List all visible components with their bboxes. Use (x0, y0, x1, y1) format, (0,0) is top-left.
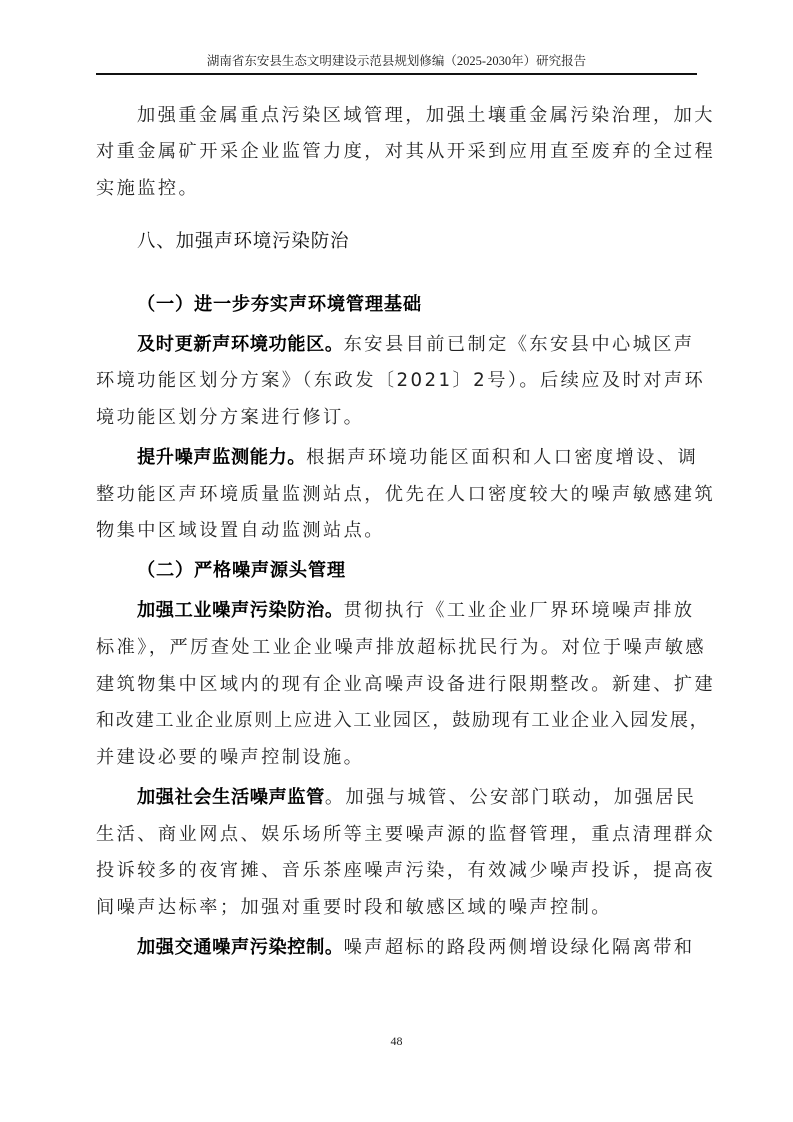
paragraph-lead: 提升噪声监测能力。 (137, 447, 306, 468)
paragraph-text: 噪声超标的路段两侧增设绿化隔离带和 (344, 937, 695, 958)
section-heading: 八、加强声环境污染防治 (137, 230, 701, 254)
paragraph-line: 和改建工业企业原则上应进入工业园区，鼓励现有工业企业入园发展， (96, 709, 701, 733)
paragraph-line: 生活、商业网点、娱乐场所等主要噪声源的监督管理，重点清理群众 (96, 823, 701, 847)
paragraph-text: 根据声环境功能区面积和人口密度增设、调 (306, 447, 698, 468)
paragraph-line: 加强交通噪声污染控制。噪声超标的路段两侧增设绿化隔离带和 (137, 936, 701, 960)
paragraph-line: 及时更新声环境功能区。东安县目前已制定《东安县中心城区声 (137, 333, 701, 357)
paragraph-lead: 加强交通噪声污染控制。 (137, 937, 344, 958)
paragraph-text: 贯彻执行《工业企业厂界环境噪声排放 (344, 600, 695, 621)
running-header: 湖南省东安县生态文明建设示范县规划修编（2025-2030年）研究报告 (96, 53, 697, 69)
paragraph-lead: 及时更新声环境功能区。 (137, 334, 344, 355)
paragraph-line: 加强社会生活噪声监管。加强与城管、公安部门联动，加强居民 (137, 786, 701, 810)
subsection-heading: （一）进一步夯实声环境管理基础 (137, 293, 701, 317)
paragraph-line: 提升噪声监测能力。根据声环境功能区面积和人口密度增设、调 (137, 446, 701, 470)
paragraph-lead: 加强社会生活噪声监管 (137, 787, 325, 808)
subsection-heading: （二）严格噪声源头管理 (137, 559, 701, 583)
paragraph-line: 间噪声达标率；加强对重要时段和敏感区域的噪声控制。 (96, 896, 701, 920)
paragraph-line: 建筑物集中区域内的现有企业高噪声设备进行限期整改。新建、扩建 (96, 673, 701, 697)
paragraph-line: 环境功能区划分方案》（东政发〔2021〕2号）。后续应及时对声环 (96, 369, 701, 393)
header-rule (96, 73, 697, 75)
paragraph-lead: 加强工业噪声污染防治。 (137, 600, 344, 621)
paragraph-line: 整功能区声环境质量监测站点，优先在人口密度较大的噪声敏感建筑 (96, 483, 701, 507)
paragraph-text: 。加强与城管、公安部门联动，加强居民 (325, 787, 696, 808)
paragraph-line: 标准》，严厉查处工业企业噪声排放超标扰民行为。对位于噪声敏感 (96, 636, 701, 660)
paragraph-text: 东安县目前已制定《东安县中心城区声 (344, 334, 695, 355)
paragraph-line: 加强重金属重点污染区域管理，加强土壤重金属污染治理，加大 (137, 104, 701, 128)
paragraph-line: 境功能区划分方案进行修订。 (96, 406, 701, 430)
document-page: 湖南省东安县生态文明建设示范县规划修编（2025-2030年）研究报告 加强重金… (0, 0, 793, 1122)
page-number: 48 (0, 1034, 793, 1049)
paragraph-line: 并建设必要的噪声控制设施。 (96, 746, 701, 770)
paragraph-line: 物集中区域设置自动监测站点。 (96, 519, 701, 543)
paragraph-line: 加强工业噪声污染防治。贯彻执行《工业企业厂界环境噪声排放 (137, 599, 701, 623)
paragraph-line: 实施监控。 (96, 177, 701, 201)
paragraph-line: 对重金属矿开采企业监管力度，对其从开采到应用直至废弃的全过程 (96, 140, 701, 164)
paragraph-line: 投诉较多的夜宵摊、音乐茶座噪声污染，有效减少噪声投诉，提高夜 (96, 859, 701, 883)
